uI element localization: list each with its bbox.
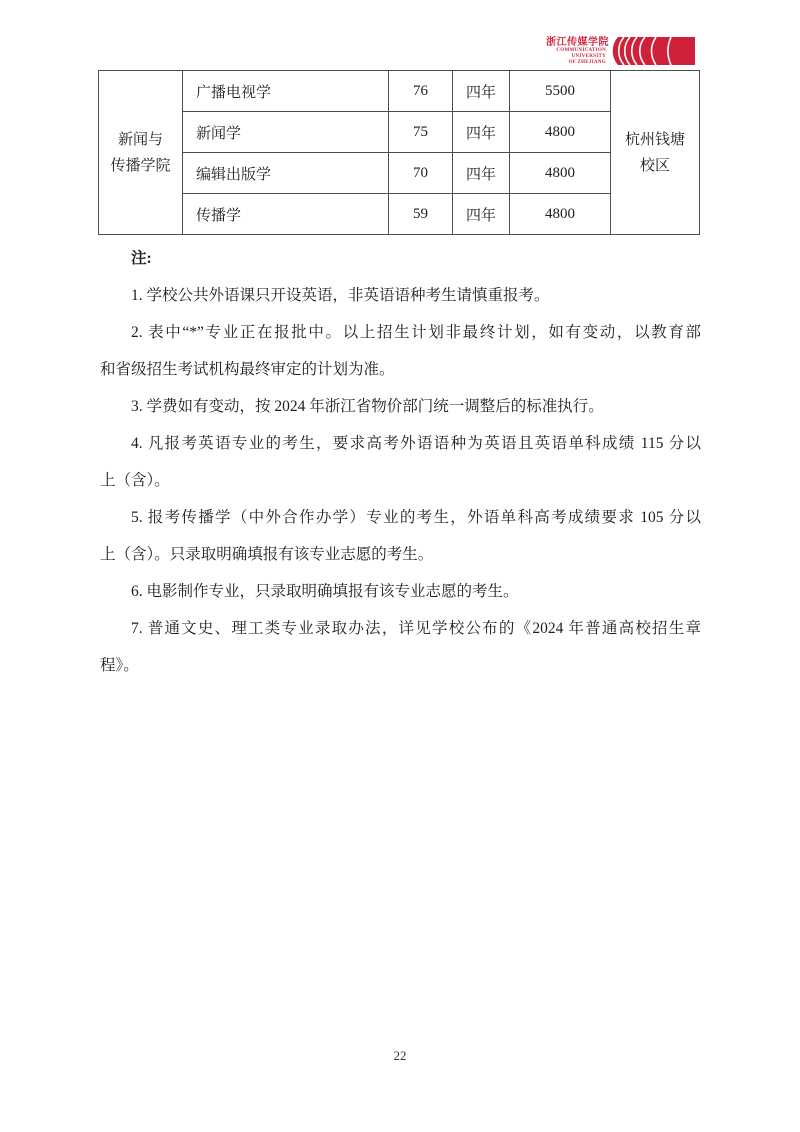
tuition-cell: 4800 — [510, 153, 611, 194]
note-5-line-1: 5. 报考传播学（中外合作办学）专业的考生，外语单科高考成绩要求 105 分以 — [100, 499, 701, 536]
campus-cell: 杭州钱塘 校区 — [611, 71, 700, 235]
college-name-line: 传播学院 — [99, 153, 182, 179]
notes-section: 注: 1. 学校公共外语课只开设英语，非英语语种考生请慎重报考。 2. 表中“*… — [100, 240, 701, 684]
note-7-line-1: 7. 普通文史、理工类专业录取办法，详见学校公布的《2024 年普通高校招生章 — [100, 610, 701, 647]
logo-wave-icon — [609, 37, 695, 65]
note-7-line-2: 程》。 — [100, 647, 701, 684]
college-name-line: 新闻与 — [99, 127, 182, 153]
university-logo: 浙江传媒学院 COMMUNICATION UNIVERSITY OF ZHEJI… — [546, 37, 696, 71]
table-row: 传播学 59 四年 4800 — [99, 194, 700, 235]
tuition-cell: 4800 — [510, 194, 611, 235]
note-6: 6. 电影制作专业，只录取明确填报有该专业志愿的考生。 — [100, 573, 701, 610]
admission-plan-table: 新闻与 传播学院 广播电视学 76 四年 5500 杭州钱塘 校区 新闻学 75… — [98, 70, 700, 235]
note-2-line-1: 2. 表中“*”专业正在报批中。以上招生计划非最终计划，如有变动，以教育部 — [100, 314, 701, 351]
major-cell: 编辑出版学 — [183, 153, 389, 194]
logo-english-line: OF ZHEJIANG — [546, 60, 606, 66]
note-2-line-2: 和省级招生考试机构最终审定的计划为准。 — [100, 351, 701, 388]
major-cell: 传播学 — [183, 194, 389, 235]
college-cell: 新闻与 传播学院 — [99, 71, 183, 235]
plan-count-cell: 75 — [389, 112, 453, 153]
major-cell: 广播电视学 — [183, 71, 389, 112]
duration-cell: 四年 — [453, 112, 510, 153]
note-4-line-2: 上（含）。 — [100, 462, 701, 499]
plan-count-cell: 76 — [389, 71, 453, 112]
table-row: 新闻与 传播学院 广播电视学 76 四年 5500 杭州钱塘 校区 — [99, 71, 700, 112]
note-1: 1. 学校公共外语课只开设英语，非英语语种考生请慎重报考。 — [100, 277, 701, 314]
logo-chinese-name: 浙江传媒学院 — [546, 37, 606, 48]
duration-cell: 四年 — [453, 71, 510, 112]
document-page: 浙江传媒学院 COMMUNICATION UNIVERSITY OF ZHEJI… — [0, 0, 800, 1132]
notes-heading: 注: — [100, 240, 701, 277]
table-row: 新闻学 75 四年 4800 — [99, 112, 700, 153]
campus-name-line: 校区 — [611, 153, 699, 179]
logo-text-block: 浙江传媒学院 COMMUNICATION UNIVERSITY OF ZHEJI… — [546, 37, 606, 66]
note-4-line-1: 4. 凡报考英语专业的考生，要求高考外语语种为英语且英语单科成绩 115 分以 — [100, 425, 701, 462]
duration-cell: 四年 — [453, 194, 510, 235]
duration-cell: 四年 — [453, 153, 510, 194]
campus-name-line: 杭州钱塘 — [611, 127, 699, 153]
logo-english-name: COMMUNICATION UNIVERSITY OF ZHEJIANG — [546, 48, 606, 66]
major-cell: 新闻学 — [183, 112, 389, 153]
plan-count-cell: 70 — [389, 153, 453, 194]
page-number: 22 — [0, 1048, 800, 1064]
plan-count-cell: 59 — [389, 194, 453, 235]
table-row: 编辑出版学 70 四年 4800 — [99, 153, 700, 194]
tuition-cell: 4800 — [510, 112, 611, 153]
tuition-cell: 5500 — [510, 71, 611, 112]
note-5-line-2: 上（含）。只录取明确填报有该专业志愿的考生。 — [100, 536, 701, 573]
note-3: 3. 学费如有变动，按 2024 年浙江省物价部门统一调整后的标准执行。 — [100, 388, 701, 425]
